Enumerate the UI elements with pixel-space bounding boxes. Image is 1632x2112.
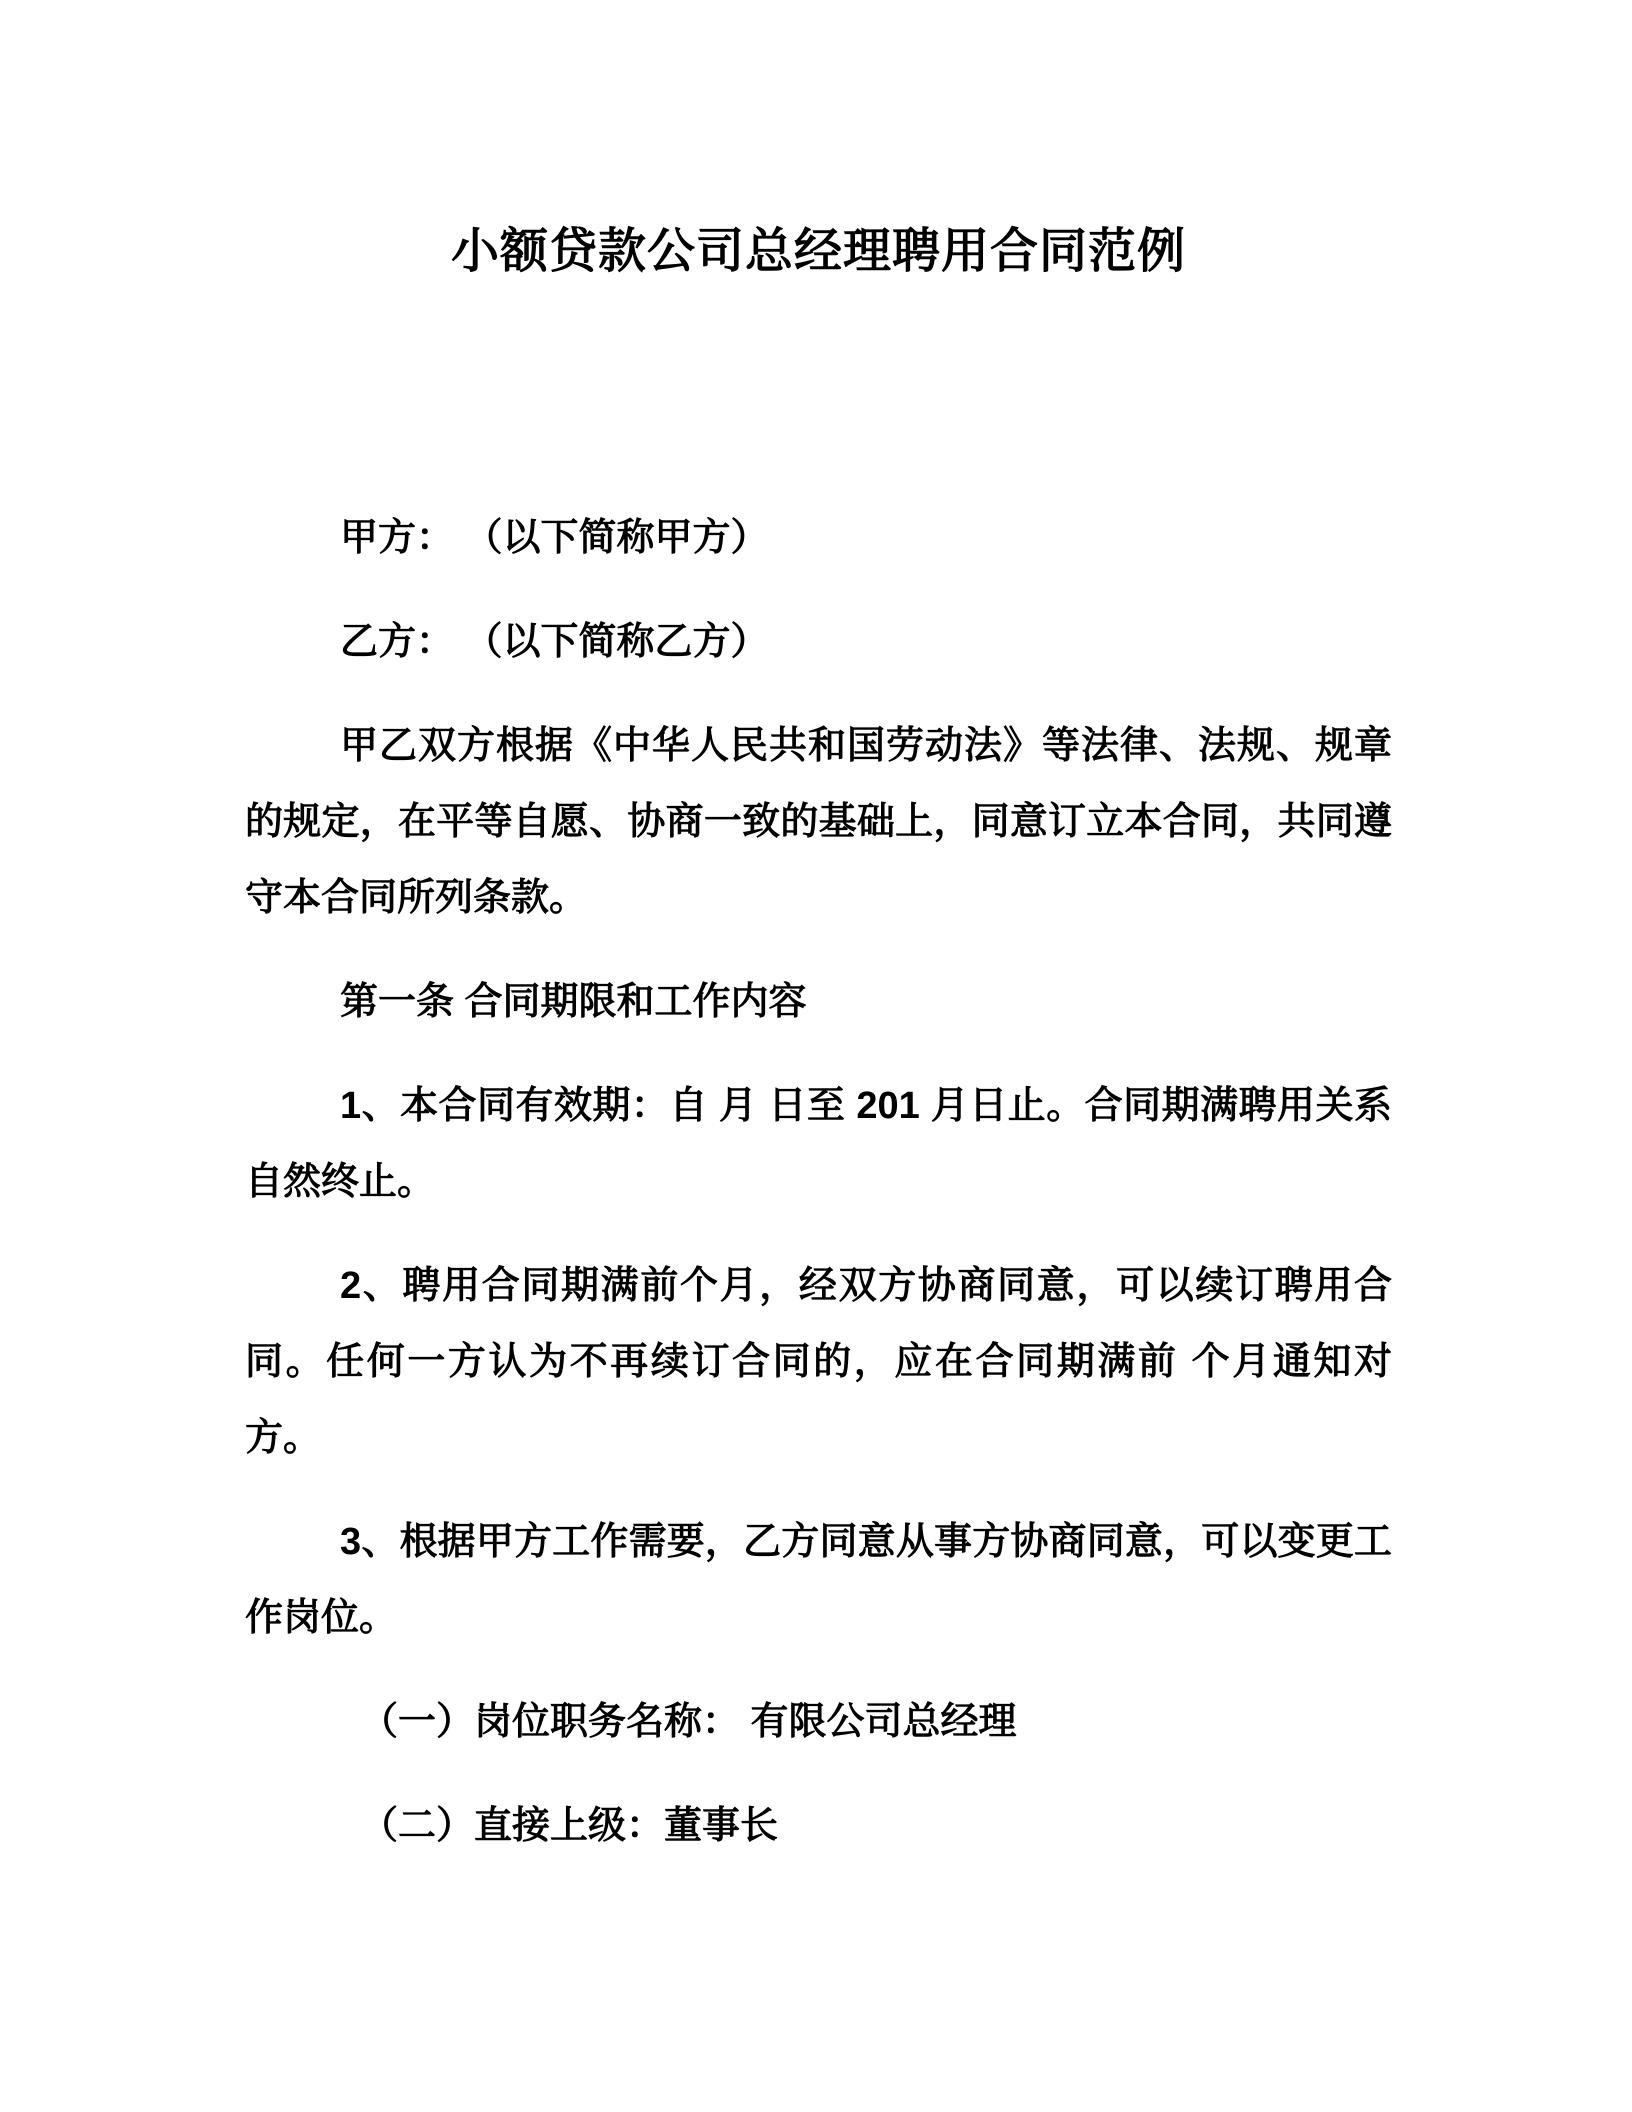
document-page: 小额贷款公司总经理聘用合同范例 甲方： （以下简称甲方） 乙方： （以下简称乙方…	[0, 0, 1632, 2112]
article-1-heading: 第一条 合同期限和工作内容	[245, 964, 1392, 1040]
paragraph-party-a: 甲方： （以下简称甲方）	[245, 500, 1392, 576]
paragraph-clause-1: 1、本合同有效期：自 月 日至 201 月日止。合同期满聘用关系自然终止。	[245, 1068, 1392, 1220]
paragraph-clause-2: 2、聘用合同期满前个月，经双方协商同意，可以续订聘用合同。任何一方认为不再续订合…	[245, 1248, 1392, 1476]
paragraph-preamble: 甲乙双方根据《中华人民共和国劳动法》等法律、法规、规章的规定，在平等自愿、协商一…	[245, 708, 1392, 936]
paragraph-item-position-title: （一）岗位职务名称： 有限公司总经理	[245, 1684, 1392, 1760]
paragraph-clause-3: 3、根据甲方工作需要，乙方同意从事方协商同意，可以变更工作岗位。	[245, 1504, 1392, 1656]
document-title: 小额贷款公司总经理聘用合同范例	[245, 222, 1392, 282]
paragraph-party-b: 乙方： （以下简称乙方）	[245, 604, 1392, 680]
paragraph-item-direct-superior: （二）直接上级：董事长	[245, 1788, 1392, 1864]
